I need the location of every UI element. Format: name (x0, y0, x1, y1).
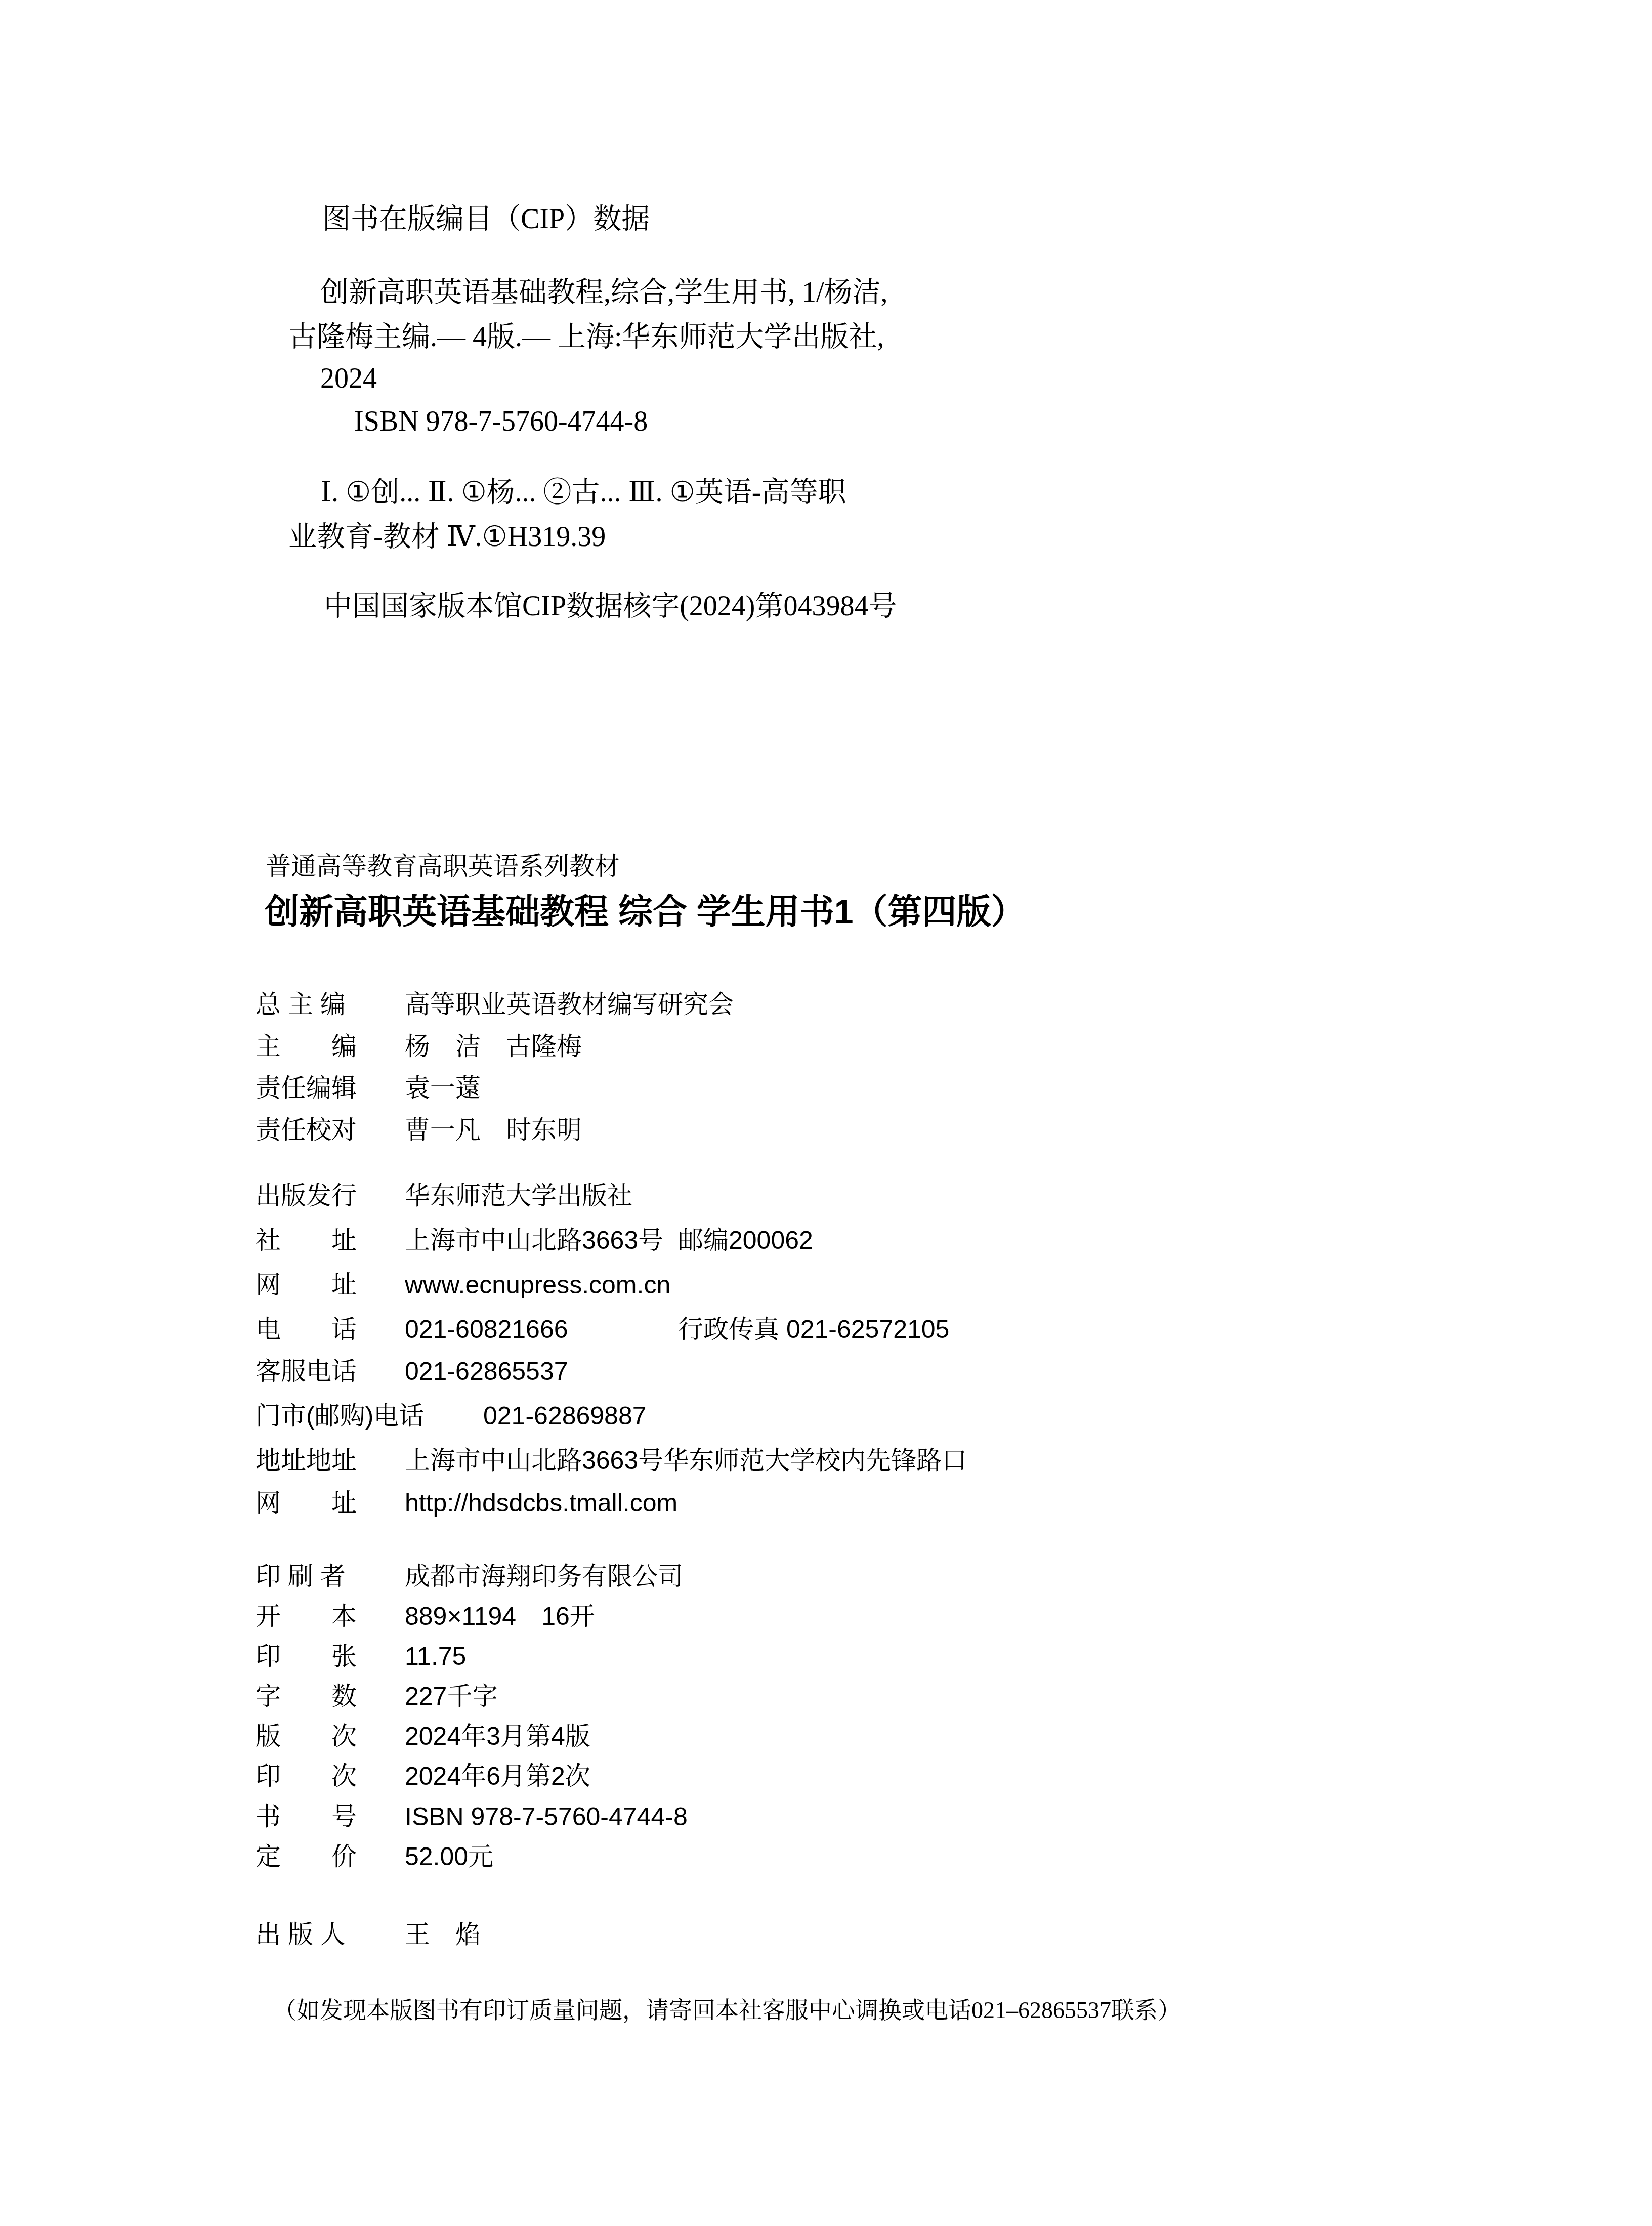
cip-paragraph-line2: 古隆梅主编.–– 4版.–– 上海:华东师范大学出版社, (288, 320, 884, 354)
row-value: 021-62869887 (483, 1402, 647, 1430)
row-label: 地址地址 (256, 1440, 405, 1477)
website-text: http://hdsdcbs.tmall.com (405, 1489, 677, 1517)
row-label: 责任编辑 (256, 1068, 405, 1104)
website-text: www.ecnupress.com.cn (405, 1271, 670, 1299)
cip-record-number: 中国国家版本馆CIP数据核字(2024)第043984号 (324, 590, 897, 623)
row-value: 高等职业英语教材编写研究会 (405, 990, 734, 1019)
cip-paragraph-line1: 创新高职英语基础教程,综合,学生用书, 1/杨洁, (320, 276, 888, 310)
row-value: 成都市海翔印务有限公司 (405, 1562, 683, 1590)
isbn-text: ISBN 978-7-5760-4744-8 (405, 1802, 688, 1831)
printing-row: 字 数227千字 (256, 1676, 497, 1712)
book-title: 创新高职英语基础教程 综合 学生用书1（第四版） (265, 885, 1026, 934)
row-label: 门市(邮购)电话 (256, 1396, 483, 1432)
row-value: 021-60821666 (405, 1315, 568, 1343)
publisher-row: 网 址http://hdsdcbs.tmall.com (256, 1483, 677, 1519)
row-label: 网 址 (256, 1483, 405, 1519)
row-value: 11.75 (405, 1642, 466, 1670)
printing-row: 版 次2024年3月第4版 (256, 1716, 590, 1752)
row-value: 袁一薳 (405, 1074, 481, 1102)
editor-row: 总 主 编高等职业英语教材编写研究会 (256, 984, 734, 1021)
publisher-row: 地址地址上海市中山北路3663号华东师范大学校内先锋路口 (256, 1440, 967, 1477)
row-label: 版 次 (256, 1716, 405, 1752)
row-label: 社 址 (256, 1220, 405, 1256)
row-label: 书 号 (256, 1796, 405, 1833)
publisher-row: 社 址上海市中山北路3663号邮编200062 (256, 1220, 663, 1256)
row-value: 021-62865537 (405, 1357, 568, 1385)
row-value: 上海市中山北路3663号华东师范大学校内先锋路口 (405, 1446, 967, 1475)
row-label: 电 话 (256, 1309, 405, 1346)
price-text: 52.00元 (405, 1842, 493, 1871)
editor-row: 主 编杨 洁 古隆梅 (256, 1026, 582, 1063)
printing-row: 印 张11.75 (256, 1636, 466, 1672)
row-label: 客服电话 (256, 1351, 405, 1388)
row-label: 印 张 (256, 1636, 405, 1672)
row-label: 总 主 编 (256, 984, 405, 1021)
row-value: 曹一凡 时东明 (405, 1116, 582, 1144)
row-value: 上海市中山北路3663号 (405, 1226, 663, 1254)
row-value: 王 焰 (405, 1920, 481, 1949)
editor-row: 责任校对曹一凡 时东明 (256, 1110, 582, 1146)
cip-classification-line1: Ⅰ. ①创... Ⅱ. ①杨... ②古... Ⅲ. ①英语-高等职 (320, 476, 846, 510)
row-label: 印 刷 者 (256, 1556, 405, 1592)
row-value: 2024年6月第2次 (405, 1762, 590, 1790)
copyright-page: 图书在版编目（CIP）数据 创新高职英语基础教程,综合,学生用书, 1/杨洁, … (0, 0, 1652, 2226)
postcode-text: 邮编200062 (678, 1220, 813, 1256)
cip-title: 图书在版编目（CIP）数据 (322, 202, 650, 236)
printing-row: 印 次2024年6月第2次 (256, 1756, 590, 1792)
row-label: 定 价 (256, 1836, 405, 1873)
row-label: 主 编 (256, 1026, 405, 1063)
fax-text: 行政传真 021-62572105 (678, 1309, 949, 1346)
row-label: 出版发行 (256, 1175, 405, 1212)
publisher-row: 网 址www.ecnupress.com.cn (256, 1265, 670, 1301)
row-label: 开 本 (256, 1596, 405, 1632)
printing-row: 书 号ISBN 978-7-5760-4744-8 (256, 1796, 688, 1833)
cip-classification-line2: 业教育-教材 Ⅳ.①H319.39 (288, 520, 606, 554)
editor-row: 责任编辑袁一薳 (256, 1068, 481, 1104)
row-value: 889×1194 16开 (405, 1602, 595, 1630)
printing-row: 定 价52.00元 (256, 1836, 493, 1873)
row-label: 出 版 人 (256, 1914, 405, 1951)
row-label: 印 次 (256, 1756, 405, 1792)
publisher-row: 出版发行华东师范大学出版社 (256, 1175, 632, 1212)
row-value: 227千字 (405, 1682, 497, 1710)
printing-row: 开 本889×1194 16开 (256, 1596, 595, 1632)
cip-isbn-line: ISBN 978-7-5760-4744-8 (354, 405, 648, 439)
row-label: 字 数 (256, 1676, 405, 1712)
row-value: 2024年3月第4版 (405, 1722, 590, 1750)
publisher-row: 客服电话021-62865537 (256, 1351, 568, 1388)
row-value: 杨 洁 古隆梅 (405, 1032, 582, 1061)
series-title: 普通高等教育高职英语系列教材 (266, 846, 620, 883)
row-value: 华东师范大学出版社 (405, 1182, 632, 1210)
row-label: 网 址 (256, 1265, 405, 1301)
publisher-person-row: 出 版 人王 焰 (256, 1914, 481, 1951)
cip-paragraph-line3: 2024 (320, 362, 377, 396)
publisher-row: 门市(邮购)电话021-62869887 (256, 1396, 647, 1432)
row-label: 责任校对 (256, 1110, 405, 1146)
printing-row: 印 刷 者成都市海翔印务有限公司 (256, 1556, 683, 1592)
quality-note: （如发现本版图书有印订质量问题，请寄回本社客服中心调换或电话021–628655… (273, 1996, 1181, 2024)
publisher-row: 电 话021-60821666行政传真 021-62572105 (256, 1309, 568, 1346)
